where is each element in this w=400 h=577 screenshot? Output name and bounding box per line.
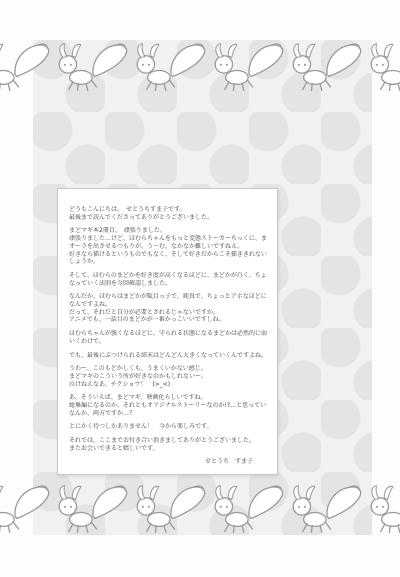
letter-line: ほむらちゃんが強くなるほどに、守られる状態になるまどかは必然的に弱くなって [69, 330, 267, 338]
letter-line: それでは、ここまでお付き合い頂きましてありがとうございました。 [69, 437, 267, 445]
kyubey-cat-icon [54, 482, 132, 536]
letter-line: またお会いできると嬉しいです。 [69, 445, 267, 453]
letter-line: なっていく法則を今回確認しました。 [69, 280, 267, 288]
letter-line: そして、ほむらのまどかを好き度が高くなるほどに、まどかが白く、ちょっとアホな子に [69, 272, 267, 280]
letter-line: いくわけで。 [69, 338, 267, 346]
letter-line: どうもこんにちは、 せとうちすま子です。 [69, 206, 267, 214]
kyubey-cat-icon [0, 40, 54, 94]
letter-line: とにかく待つしかありません！ 今から楽しみです。 [69, 423, 267, 431]
letter-line: オーラを出させるつもりが、う〜む、なかなか難しいですねえ。 [69, 243, 267, 251]
letter-line: 総集編になるのか、それともオリジナルストーリーなのか!?…と思っていたら、 [69, 402, 267, 410]
letter-line: でも、最後にぶつけられる結末はどんどん大きくなっていくんですよね。 [69, 352, 267, 360]
kyubey-cat-icon [210, 40, 288, 94]
letter-line: 泣けねえなあ、チクショウ！ (>_<) [69, 381, 267, 389]
scanned-page: どうもこんにちは、 せとうちすま子です。最後まで読んでくださってありがとうござい… [0, 0, 400, 577]
mascot-border-top [0, 40, 400, 94]
kyubey-cat-icon [288, 40, 366, 94]
afterword-letter: どうもこんにちは、 せとうちすま子です。最後まで読んでくださってありがとうござい… [57, 188, 278, 475]
letter-line: しょうか。 [69, 258, 267, 266]
letter-line: あ、そういえば、まどマギ、映画化らしいですね。 [69, 394, 267, 402]
kyubey-cat-icon [288, 482, 366, 536]
letter-line: 頑張りました…けど、ほむらちゃんをもっと変態ストーカーちっくに、まどかスキスキ [69, 235, 267, 243]
letter-body: どうもこんにちは、 せとうちすま子です。最後まで読んでくださってありがとうござい… [69, 206, 267, 458]
letter-line: なんですよね。 [69, 301, 267, 309]
kyubey-cat-icon [54, 40, 132, 94]
letter-line: なんだか、ほむらはまどかが駄目っ子で、純真で、ちょっとアホなほどに萌えてそう [69, 293, 267, 301]
kyubey-cat-icon [210, 482, 288, 536]
letter-line: まどマギのこういう所が好きなのかもしれないー。 [69, 373, 267, 381]
letter-line: まどマギ本2冊目、 頑張りました。 [69, 227, 267, 235]
kyubey-cat-icon [366, 482, 400, 536]
kyubey-cat-icon [366, 40, 400, 94]
letter-line: 好きなら描けるというものでもなく、そして好きだからこそ描ききれないものなので [69, 251, 267, 259]
letter-line: だって、それだと自分が必要とされるじゃないですか。 [69, 309, 267, 317]
mascot-border-bottom [0, 482, 400, 536]
letter-line: なんか、両方ですか…？ [69, 410, 267, 418]
letter-line: うわー、このもどかしくも、うまくいかない感じ。 [69, 365, 267, 373]
author-signature: せとうち すま子 [69, 458, 267, 466]
kyubey-cat-icon [132, 40, 210, 94]
kyubey-cat-icon [132, 482, 210, 536]
kyubey-cat-icon [0, 482, 54, 536]
letter-line: 最後まで読んでくださってありがとうございました。 [69, 214, 267, 222]
letter-line: アニメでも、一話目のまどかが一番かっこいいですしね。 [69, 316, 267, 324]
